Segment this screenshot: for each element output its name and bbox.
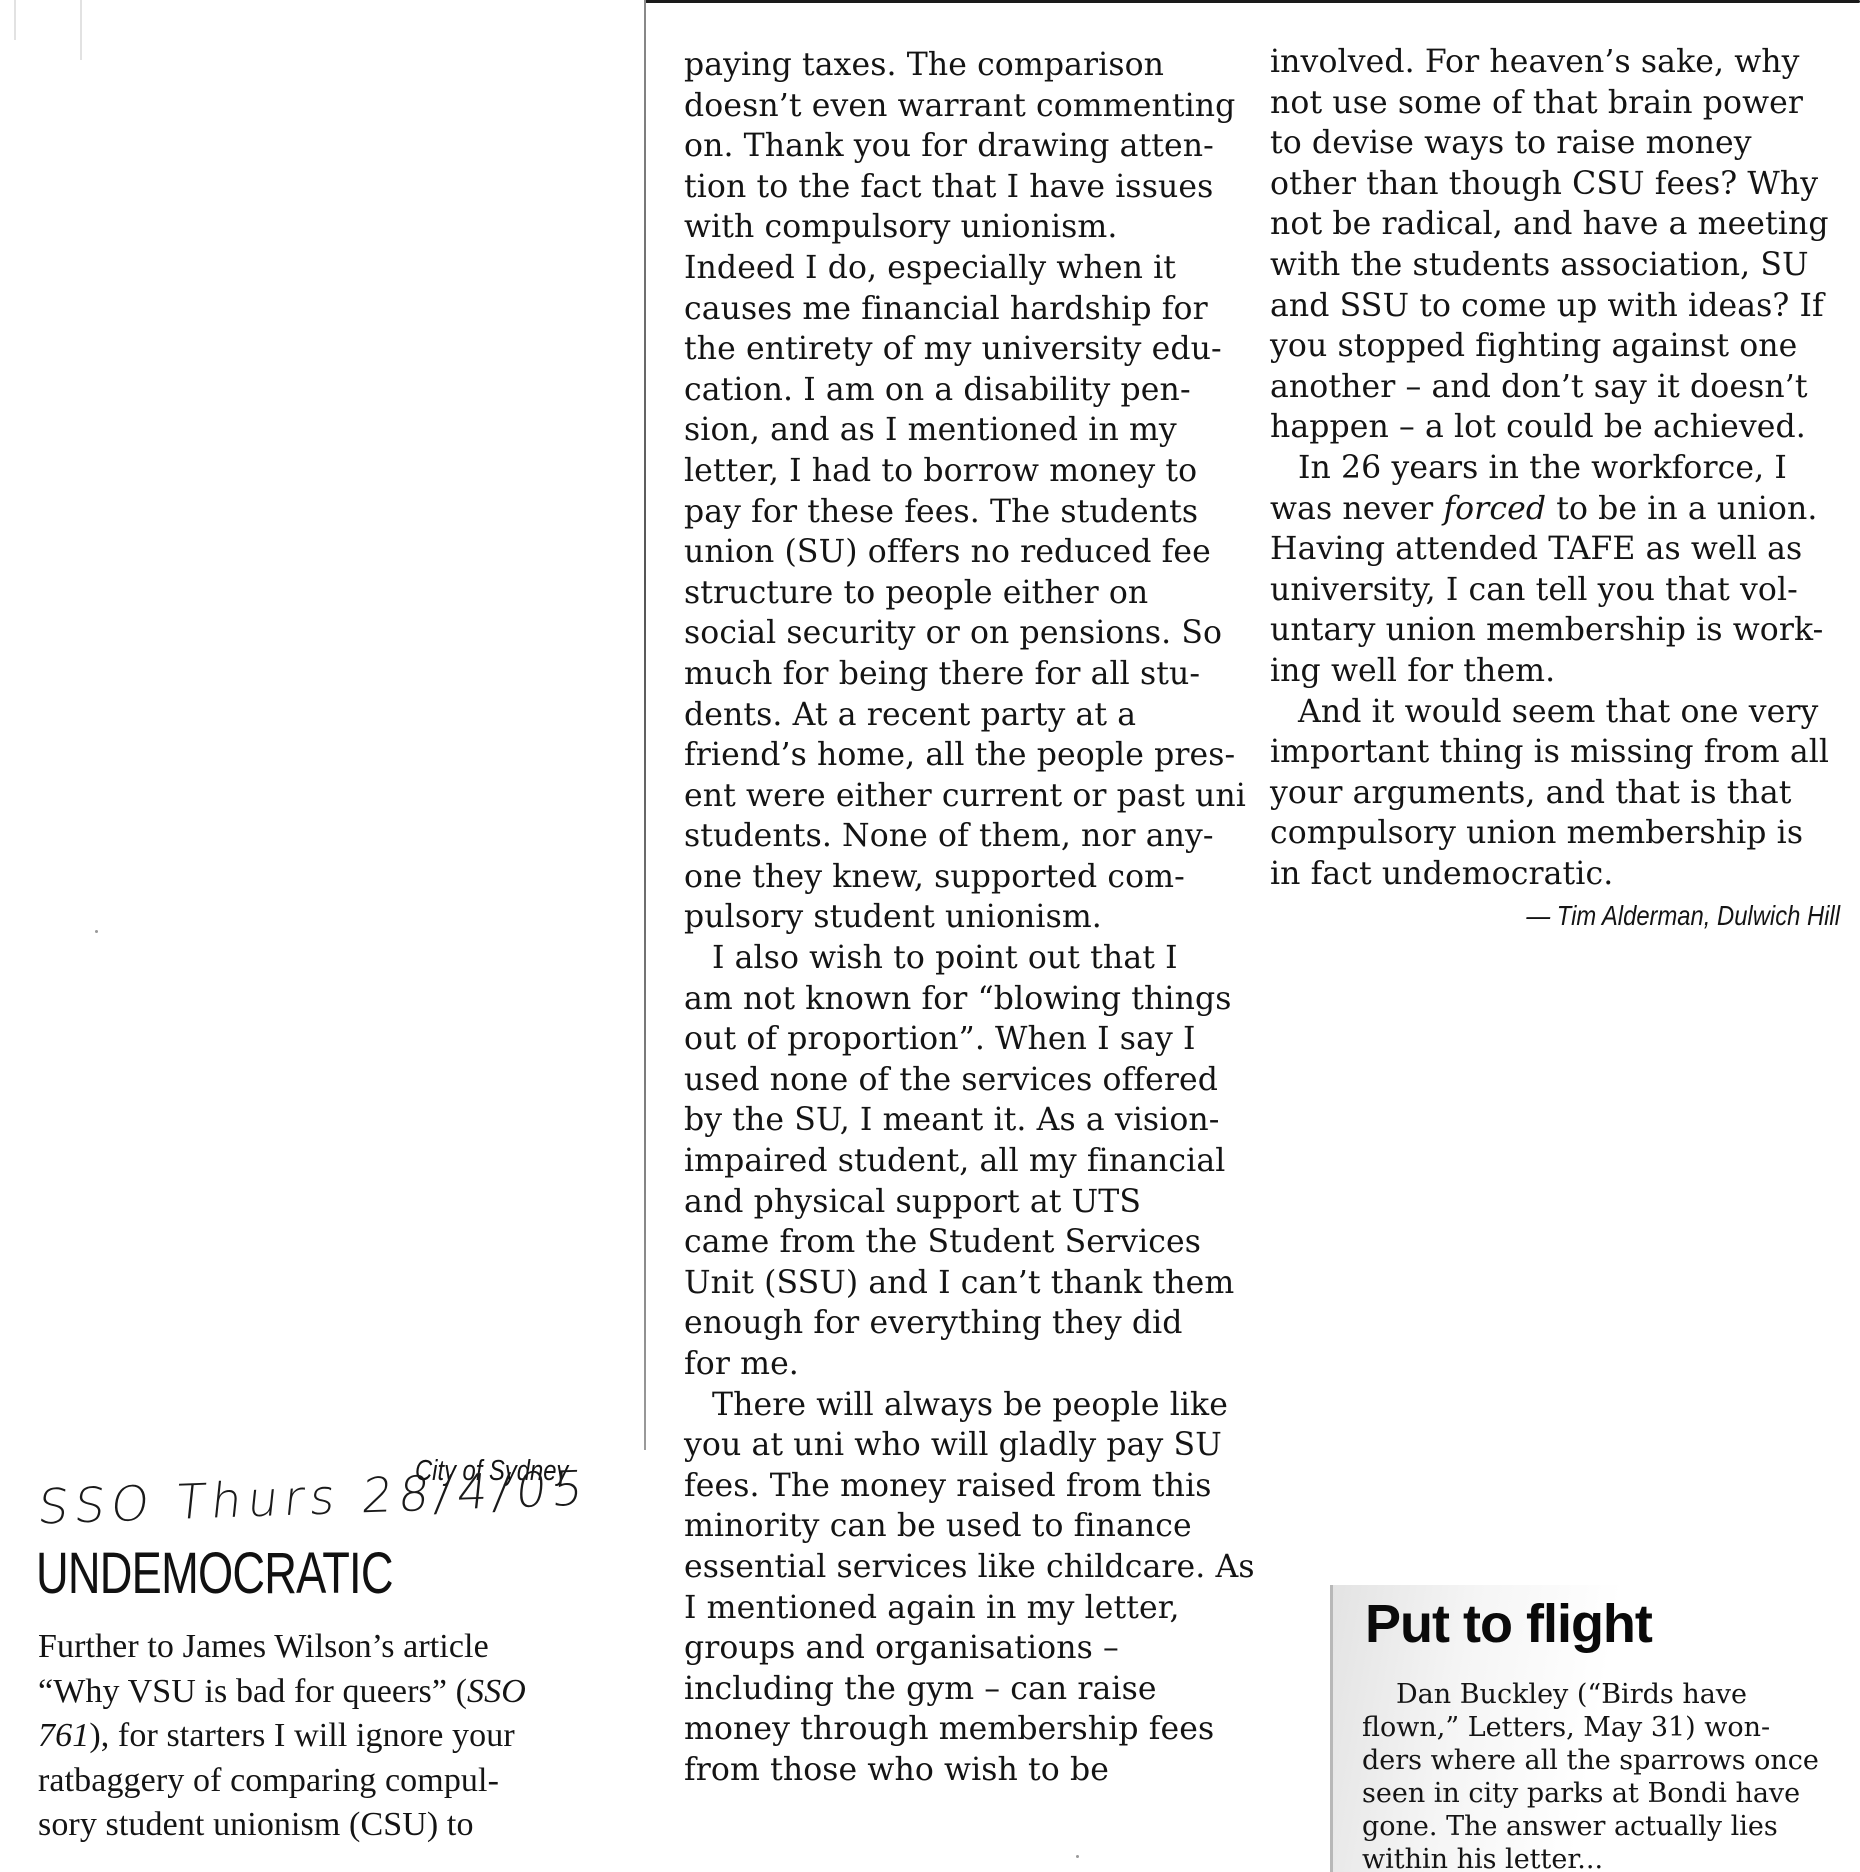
text-line: from those who wish to be bbox=[684, 1750, 1244, 1791]
text-line: not be radical, and have a meeting bbox=[1270, 204, 1840, 245]
text-line: important thing is missing from all bbox=[1270, 732, 1840, 773]
text-line: essential services like childcare. As bbox=[684, 1547, 1244, 1588]
text-line: with compulsory unionism. bbox=[684, 207, 1244, 248]
text-line: not use some of that brain power bbox=[1270, 83, 1840, 124]
text-line: sion, and as I mentioned in my bbox=[684, 410, 1244, 451]
text-line: letter, I had to borrow money to bbox=[684, 451, 1244, 492]
text-line: one they knew, supported com- bbox=[684, 857, 1244, 898]
text-line: you at uni who will gladly pay SU bbox=[684, 1425, 1244, 1466]
text-line: to devise ways to raise money bbox=[1270, 123, 1840, 164]
text-line: seen in city parks at Bondi have bbox=[1362, 1777, 1860, 1810]
text-line: university, I can tell you that vol- bbox=[1270, 570, 1840, 611]
text-line: by the SU, I meant it. As a vision- bbox=[684, 1100, 1244, 1141]
text-line: cation. I am on a disability pen- bbox=[684, 370, 1244, 411]
publication-ref: SSO bbox=[467, 1673, 526, 1710]
paragraph-start-line: And it would seem that one very bbox=[1270, 692, 1840, 733]
letter-column-middle: paying taxes. The comparison doesn’t eve… bbox=[684, 45, 1244, 1791]
text-line: groups and organisations – bbox=[684, 1628, 1244, 1669]
text-line: including the gym – can raise bbox=[684, 1669, 1244, 1710]
letter-column-right: involved. For heaven’s sake, why not use… bbox=[1270, 42, 1840, 894]
text-line: much for being there for all stu- bbox=[684, 654, 1244, 695]
paragraph-start-line: There will always be people like bbox=[684, 1385, 1244, 1426]
text-line: fees. The money raised from this bbox=[684, 1466, 1244, 1507]
text-line: flown,” Letters, May 31) won- bbox=[1362, 1711, 1860, 1744]
text-line: came from the Student Services bbox=[684, 1222, 1244, 1263]
text-line: out of proportion”. When I say I bbox=[684, 1019, 1244, 1060]
text-line: another – and don’t say it doesn’t bbox=[1270, 367, 1840, 408]
text-line: doesn’t even warrant commenting bbox=[684, 86, 1244, 127]
text-line: dents. At a recent party at a bbox=[684, 695, 1244, 736]
issue-number: 761 bbox=[38, 1717, 89, 1754]
text-line: tion to the fact that I have issues bbox=[684, 167, 1244, 208]
text-line: 761), for starters I will ignore your bbox=[38, 1714, 618, 1759]
text-line: ders where all the sparrows once bbox=[1362, 1744, 1860, 1777]
text-line: Having attended TAFE as well as bbox=[1270, 529, 1840, 570]
text-line: “Why VSU is bad for queers” (SSO bbox=[38, 1670, 618, 1715]
letter-headline: UNDEMOCRATIC bbox=[36, 1540, 393, 1607]
letter-byline: — Tim Alderman, Dulwich Hill bbox=[1356, 900, 1841, 932]
text-line: am not known for “blowing things bbox=[684, 979, 1244, 1020]
text-line: and SSU to come up with ideas? If bbox=[1270, 286, 1840, 327]
text-line: Further to James Wilson’s article bbox=[38, 1625, 618, 1670]
text-line: union (SU) offers no reduced fee bbox=[684, 532, 1244, 573]
clipping-left-edge bbox=[644, 0, 646, 1450]
text-line: the entirety of my university edu- bbox=[684, 329, 1244, 370]
text-line: impaired student, all my financial bbox=[684, 1141, 1244, 1182]
text-line: social security or on pensions. So bbox=[684, 613, 1244, 654]
text-line: Unit (SSU) and I can’t thank them bbox=[684, 1263, 1244, 1304]
text-line: gone. The answer actually lies bbox=[1362, 1810, 1860, 1843]
text-line: causes me financial hardship for bbox=[684, 289, 1244, 330]
letter-column-left: Further to James Wilson’s article “Why V… bbox=[38, 1625, 618, 1848]
text-line: untary union membership is work- bbox=[1270, 610, 1840, 651]
text-line: pay for these fees. The students bbox=[684, 492, 1244, 533]
text-line: Indeed I do, especially when it bbox=[684, 248, 1244, 289]
text-line: your arguments, and that is that bbox=[1270, 773, 1840, 814]
text-line: other than though CSU fees? Why bbox=[1270, 164, 1840, 205]
text-line: money through membership fees bbox=[684, 1709, 1244, 1750]
text-line: compulsory union membership is bbox=[1270, 813, 1840, 854]
text-line: sory student unionism (CSU) to bbox=[38, 1803, 618, 1848]
scan-speck bbox=[95, 930, 98, 933]
text-line: involved. For heaven’s sake, why bbox=[1270, 42, 1840, 83]
text-line: ratbaggery of comparing compul- bbox=[38, 1759, 618, 1804]
text-line: and physical support at UTS bbox=[684, 1182, 1244, 1223]
text-line: friend’s home, all the people pres- bbox=[684, 735, 1244, 776]
adjacent-article-title: Put to flight bbox=[1365, 1593, 1652, 1655]
text-line: paying taxes. The comparison bbox=[684, 45, 1244, 86]
clipping-top-rule bbox=[645, 0, 1860, 3]
paragraph-start-line: In 26 years in the workforce, I bbox=[1270, 448, 1840, 489]
text-line-with-emphasis: was never forced to be in a union. bbox=[1270, 489, 1840, 530]
text-line: within his letter... bbox=[1362, 1843, 1860, 1872]
text-line: used none of the services offered bbox=[684, 1060, 1244, 1101]
text-line: minority can be used to finance bbox=[684, 1506, 1244, 1547]
paragraph-start-line: I also wish to point out that I bbox=[684, 938, 1244, 979]
text-line: ent were either current or past uni bbox=[684, 776, 1244, 817]
text-line: ing well for them. bbox=[1270, 651, 1840, 692]
text-line: for me. bbox=[684, 1344, 1244, 1385]
text-line: on. Thank you for drawing atten- bbox=[684, 126, 1244, 167]
text-line: structure to people either on bbox=[684, 573, 1244, 614]
text-line: Dan Buckley (“Birds have bbox=[1362, 1678, 1860, 1711]
text-line: students. None of them, nor any- bbox=[684, 816, 1244, 857]
text-line: in fact undemocratic. bbox=[1270, 854, 1840, 895]
scan-speck bbox=[1076, 1855, 1079, 1858]
emphasis-word: forced bbox=[1443, 491, 1546, 527]
text-line: I mentioned again in my letter, bbox=[684, 1588, 1244, 1629]
text-line: pulsory student unionism. bbox=[684, 897, 1244, 938]
scan-artifact-corner bbox=[0, 0, 82, 60]
handwritten-date-note: SSO Thurs 28/4/05 bbox=[35, 1460, 592, 1535]
adjacent-article-body: Dan Buckley (“Birds have flown,” Letters… bbox=[1362, 1678, 1860, 1872]
text-line: happen – a lot could be achieved. bbox=[1270, 407, 1840, 448]
text-line: you stopped fighting against one bbox=[1270, 326, 1840, 367]
text-line: enough for everything they did bbox=[684, 1303, 1244, 1344]
text-line: with the students association, SU bbox=[1270, 245, 1840, 286]
